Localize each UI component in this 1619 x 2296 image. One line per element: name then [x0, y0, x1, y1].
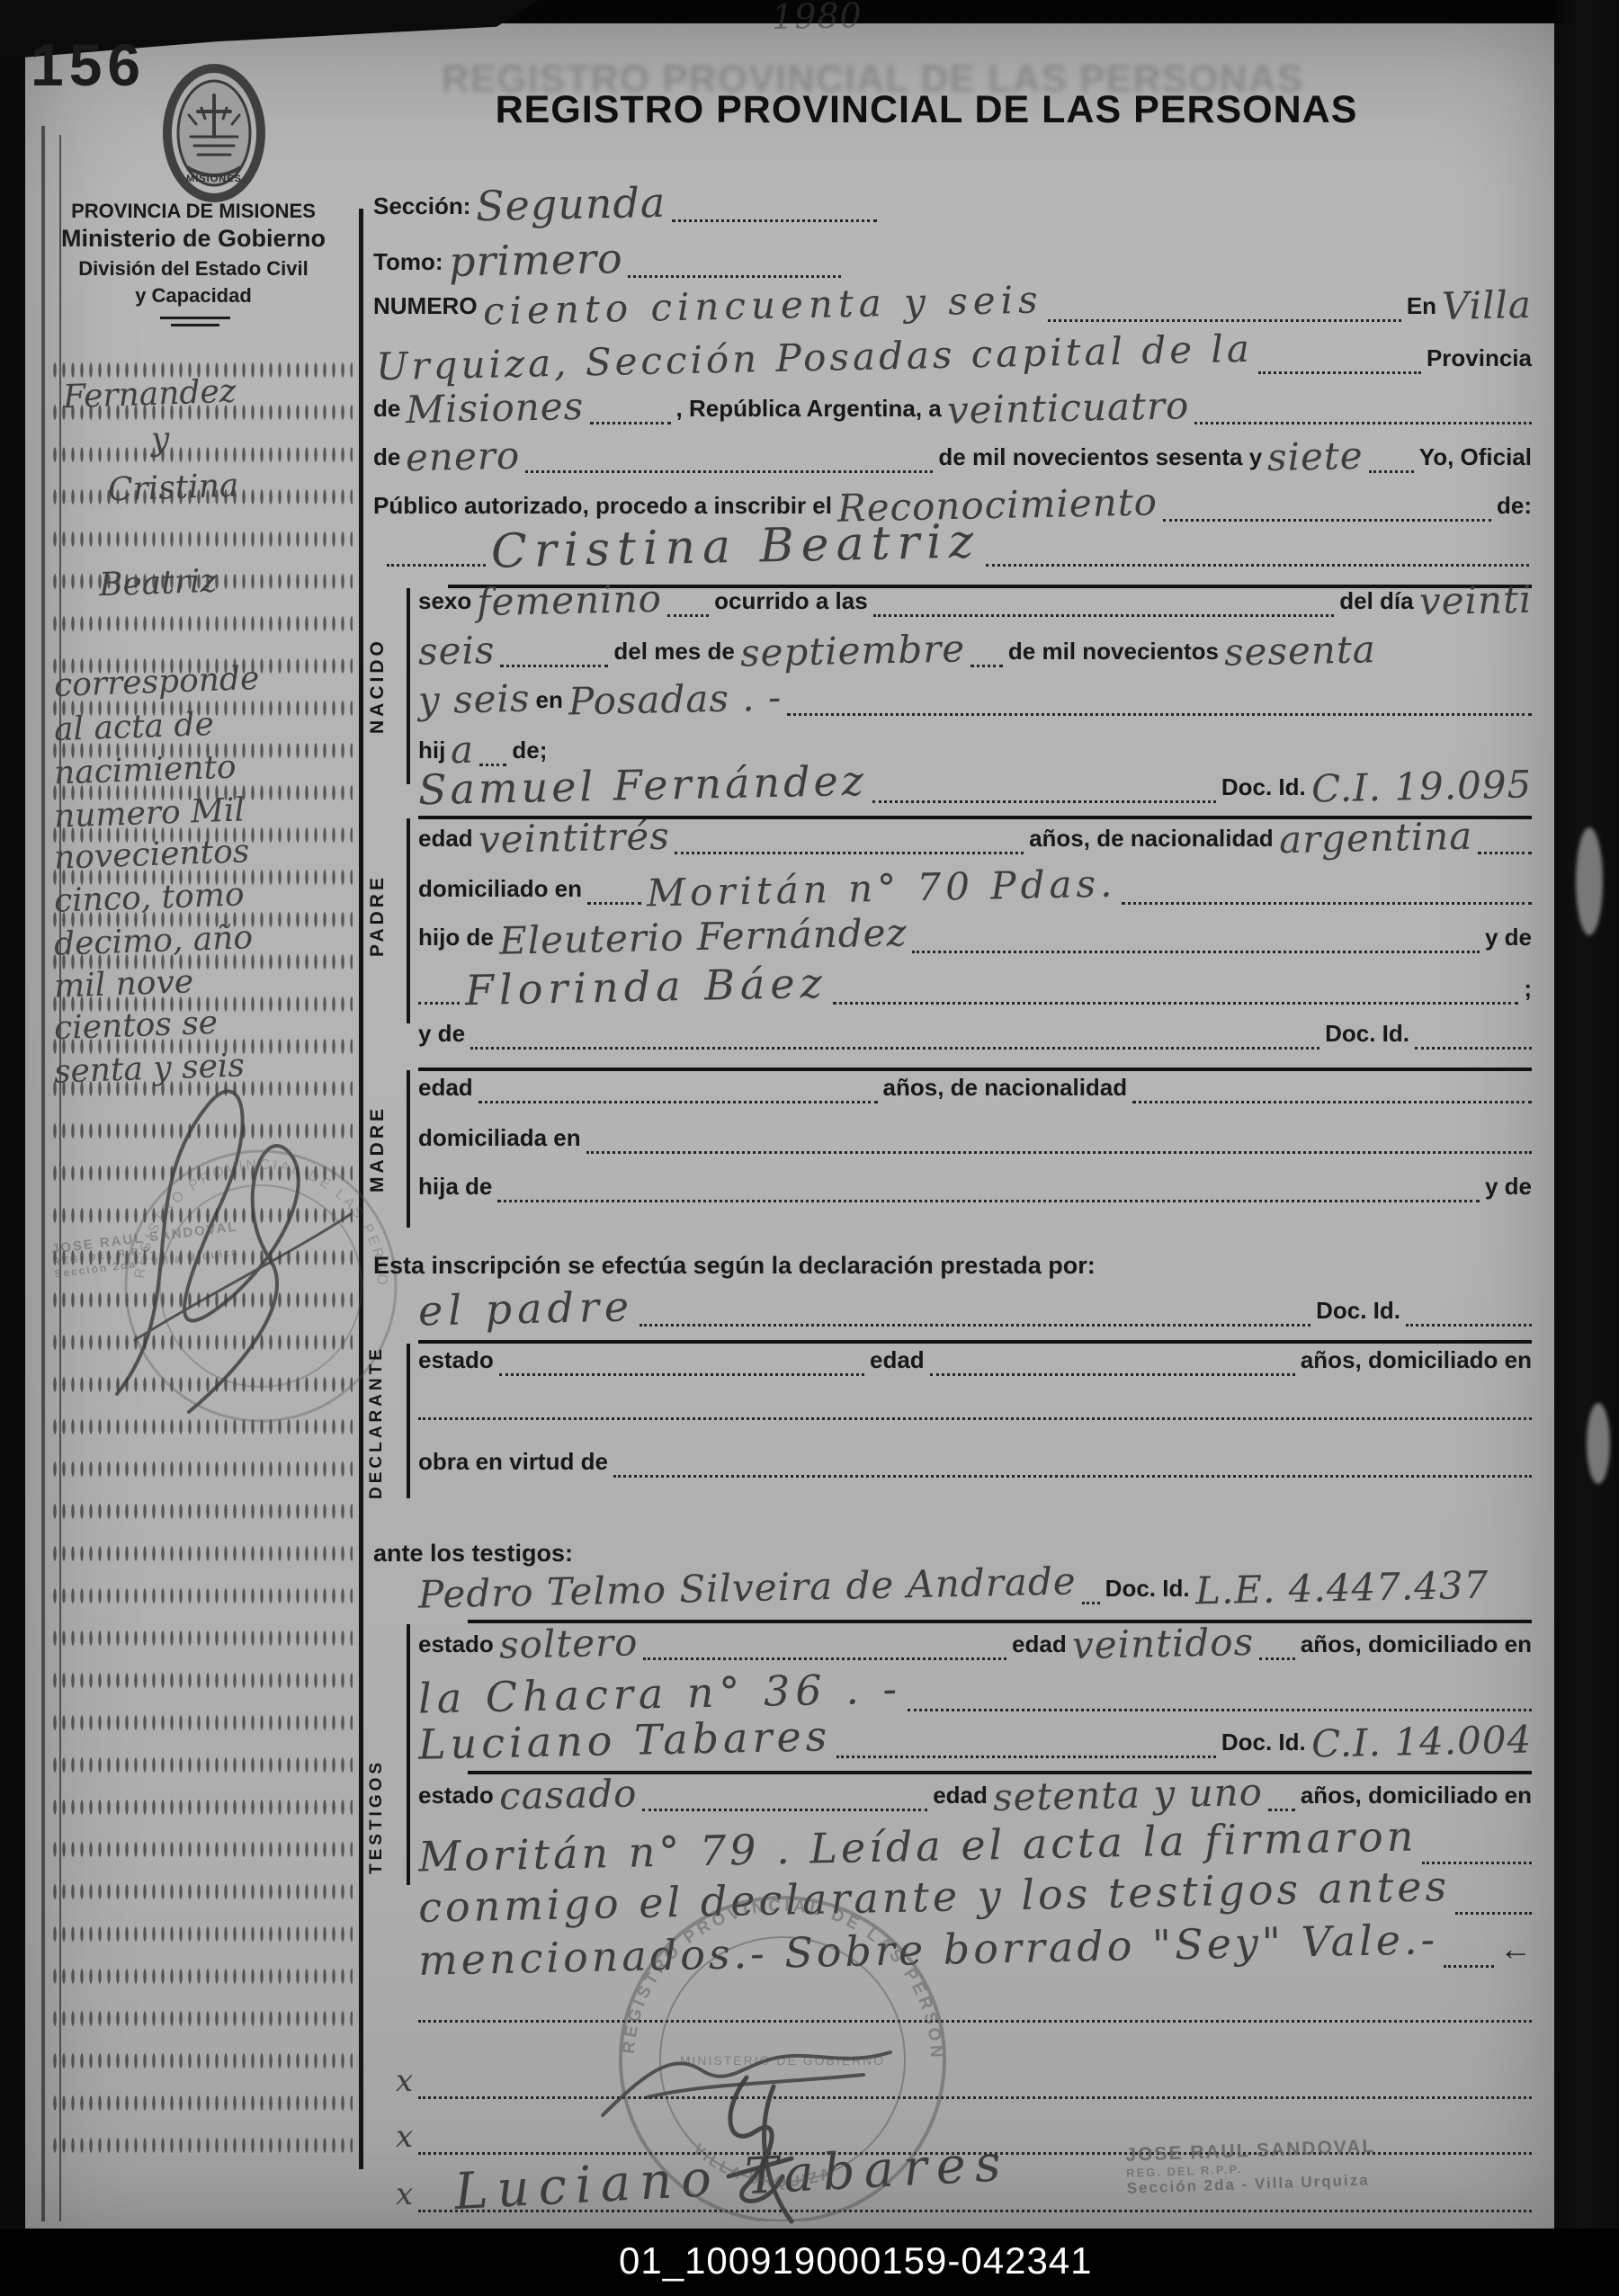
scan-reference-id: 01_100919000159-042341 [619, 2239, 1093, 2283]
madre-edad-row: edad años, de nacionalidad [418, 1074, 1532, 1103]
estado-label: estado [418, 1782, 494, 1811]
fill-line [525, 463, 933, 473]
obra-row: obra en virtud de [418, 1448, 1532, 1478]
testigo2-edad: setenta y uno [993, 1776, 1264, 1814]
tomo-label: Tomo: [373, 248, 443, 278]
fill-line [497, 1193, 1480, 1202]
fill-line [1415, 1040, 1532, 1050]
provincia-label: Provincia [1427, 344, 1532, 374]
fill-line [1478, 844, 1532, 854]
testigo1-doc: L.E. 4.447.437 [1194, 1569, 1489, 1608]
testigo1-name-row: Pedro Telmo Silveira de Andrade Doc. Id.… [418, 1572, 1532, 1604]
testigo1-edad: veintidos [1071, 1626, 1254, 1662]
padre-domicilio-row: domiciliado en Moritán n° 70 Pdas. [418, 872, 1532, 905]
mes-label: del mes de [613, 638, 734, 667]
domiciliado-label: domiciliado en [418, 875, 582, 905]
de-semicolon-label: de; [512, 737, 547, 766]
closing-row-1: Moritán n° 79 . Leída el acta la firmaro… [418, 1829, 1532, 1864]
fill-line [418, 1410, 1532, 1420]
numero-value: ciento cincuenta y seis [482, 283, 1042, 327]
round-stamp-registro: REGISTRO PROVINCIAL DE LAS PERSONAS VILL… [585, 1862, 980, 2221]
x-mark: x [396, 2063, 413, 2099]
fill-line [986, 557, 1529, 567]
margin-note: decimo, año [53, 919, 253, 963]
scanned-document: 156 1980 REGISTRO PROVINCIAL DE LAS PERS… [0, 0, 1619, 2296]
place-row: Urquiza, Sección Posadas capital de la P… [376, 342, 1532, 374]
fill-line [499, 1366, 864, 1376]
padre-nacionalidad: argentina [1278, 820, 1472, 856]
sidebar-ministry: Ministerio de Gobierno [36, 225, 351, 253]
correction-arrow: ← [1499, 1930, 1532, 1968]
margin-note: nacimiento [53, 748, 237, 791]
fill-line [667, 607, 709, 617]
fill-line [1444, 1958, 1494, 1968]
en-label: en [535, 686, 562, 716]
fill-line [833, 995, 1518, 1005]
document-title: REGISTRO PROVINCIAL DE LAS PERSONAS [360, 88, 1493, 132]
nacido-place-row: y seis en Posadas . - [418, 683, 1532, 716]
edad-label: edad [1012, 1630, 1067, 1660]
sidebar-division-line2: y Capacidad [36, 284, 351, 308]
nacido-month-row: seis del mes de septiembre de mil noveci… [418, 635, 1532, 667]
page-torn-edge [1554, 0, 1619, 2296]
section-label-padre: PADRE [367, 853, 389, 978]
sidebar-rule [171, 324, 219, 326]
margin-note: y [150, 421, 170, 459]
section-rule [407, 588, 410, 784]
hij-fill: a [451, 734, 475, 766]
stamp-arc-text: REGISTRO PROVINCIAL DE LAS PERSONAS [585, 1862, 945, 2061]
madre-abuelos-row: hija de y de [418, 1173, 1532, 1202]
registered-name: Cristina Beatriz [491, 522, 981, 572]
sexo-value: femenino [477, 583, 663, 619]
fill-line [1048, 312, 1401, 322]
fill-line [586, 1144, 1532, 1154]
margin-note: cinco, tomo [53, 876, 245, 919]
testigo2-estado: casado [498, 1777, 637, 1812]
obra-label: obra en virtud de [418, 1448, 608, 1478]
section-label-testigos: TESTIGOS [367, 1727, 387, 1907]
numero-row: NUMERO ciento cincuenta y seis En Villa [373, 290, 1532, 322]
abuelo-paterno: Eleuterio Fernández [498, 916, 907, 957]
page-number: 156 [31, 31, 146, 99]
pencil-annotation: 1980 [772, 1, 863, 31]
abuela-paterna: Florinda Báez [465, 966, 828, 1009]
registered-name-row: Cristina Beatriz [387, 527, 1529, 567]
x-mark: x [396, 2119, 413, 2155]
fill-line [1194, 415, 1532, 424]
de-label: de [373, 443, 400, 473]
blank-row [418, 1410, 1532, 1420]
padre-edad-row: edad veintitrés años, de nacionalidad ar… [418, 822, 1532, 854]
fill-line [1163, 512, 1491, 522]
declarante-row: el padre Doc. Id. [418, 1291, 1532, 1327]
edad-label: edad [933, 1782, 988, 1811]
testigo2-name-row: Luciano Tabares Doc. Id. C.I. 14.004 [418, 1723, 1532, 1758]
section-rule [407, 1624, 410, 1885]
margin-note: Cristina [107, 467, 239, 508]
margin-note: al acta de [53, 706, 214, 748]
testigo2-doc: C.I. 14.004 [1310, 1724, 1532, 1761]
padre-edad: veintitrés [478, 820, 669, 856]
republica-label: , República Argentina, a [676, 395, 942, 424]
doc-id-label: Doc. Id. [1221, 1729, 1306, 1758]
page-curl-highlight [1587, 1403, 1610, 1484]
y-de-label: y de [1485, 1173, 1532, 1202]
edad-label: edad [870, 1346, 925, 1376]
estado-label: estado [418, 1630, 494, 1660]
fill-line [1455, 1905, 1532, 1915]
semicolon: ; [1524, 975, 1532, 1005]
padre-name-row: Samuel Fernández Doc. Id. C.I. 19.095 [418, 768, 1532, 803]
fill-line [1406, 1317, 1532, 1327]
tomo-row: Tomo: primero [373, 243, 841, 278]
province-value: Misiones [406, 390, 585, 426]
section-label-declarante: DECLARANTE [367, 1315, 387, 1531]
fill-line [1082, 1595, 1100, 1604]
sidebar-rule [160, 317, 230, 319]
margin-note: Fernandez [62, 373, 237, 416]
year-label: de mil novecientos sesenta y [938, 443, 1262, 473]
padre-abuela-row: Florinda Báez ; [418, 969, 1532, 1005]
fill-line [836, 1748, 1216, 1758]
yo-oficial-label: Yo, Oficial [1419, 443, 1532, 473]
fill-line [643, 1650, 1006, 1660]
hijo-de-label: hijo de [418, 924, 494, 953]
tomo-value: primero [448, 241, 622, 280]
fill-line [873, 607, 1335, 617]
doc-id-label: Doc. Id. [1325, 1020, 1409, 1050]
madre-domicilio-row: domiciliada en [418, 1124, 1532, 1154]
fill-line [1258, 364, 1421, 374]
en-label: En [1407, 292, 1436, 322]
de-colon-label: de: [1497, 492, 1532, 522]
de-label: de [373, 395, 400, 424]
fill-line [1268, 1801, 1295, 1811]
margin-note: numero Mil [53, 791, 245, 835]
fill-line [1122, 895, 1532, 905]
declarante-value: el padre [418, 1289, 635, 1328]
section-heavy-rule [418, 1340, 1532, 1344]
hija-de-label: hija de [418, 1173, 492, 1202]
padre-name: Samuel Fernández [418, 764, 868, 809]
fill-line [1369, 463, 1414, 473]
fill-line [642, 1801, 927, 1811]
section-heavy-rule [418, 1068, 1532, 1071]
doc-id-label: Doc. Id. [1316, 1297, 1400, 1327]
hij-label: hij [418, 737, 445, 766]
month-value: enero [406, 440, 521, 474]
nacido-year-label: de mil novecientos [1008, 638, 1219, 667]
section-rule [407, 818, 410, 1023]
domiciliado-label: años, domiciliado en [1301, 1782, 1532, 1811]
section-label-nacido: NACIDO [367, 601, 389, 772]
padre-domicilio: Moritán n° 70 Pdas. [647, 868, 1117, 910]
fill-line [479, 1094, 878, 1103]
y-de-label: y de [1485, 924, 1532, 953]
inscription-label: Público autorizado, procedo a inscribir … [373, 492, 832, 522]
binding-line [41, 126, 45, 2221]
fill-line [872, 793, 1216, 803]
stamp-arc-text: VILLA URQUIZA [690, 2140, 836, 2191]
year-value: siete [1267, 440, 1364, 474]
testigo1-estado: soltero [498, 1626, 638, 1661]
section-label-madre: MADRE [367, 1086, 389, 1212]
testigo2-name: Luciano Tabares [418, 1719, 832, 1763]
testigo1-estado-row: estado soltero edad veintidos años, domi… [418, 1628, 1532, 1660]
nacionalidad-label: años, de nacionalidad [1029, 825, 1274, 854]
svg-text:VILLA URQUIZA: VILLA URQUIZA [690, 2140, 836, 2191]
domiciliada-label: domiciliada en [418, 1124, 581, 1154]
fill-line [500, 657, 608, 667]
birth-year-part1: sesenta [1224, 633, 1377, 668]
padre-doc: C.I. 19.095 [1310, 769, 1532, 806]
birth-month: septiembre [739, 632, 965, 669]
seccion-row: Sección: Segunda [373, 187, 877, 222]
fill-line [640, 1317, 1310, 1327]
doc-id-label: Doc. Id. [1221, 773, 1306, 803]
section-rule [407, 1344, 410, 1498]
birth-place: Posadas . - [568, 682, 782, 719]
birth-year-part2: y seis [418, 683, 531, 717]
fill-line [672, 212, 877, 222]
fill-line [912, 943, 1480, 953]
margin-note: novecientos [53, 833, 250, 877]
place-start: Villa [1442, 289, 1533, 323]
domiciliado-label: años, domiciliado en [1301, 1630, 1532, 1660]
padre-abuelo-row: hijo de Eleuterio Fernández y de [418, 921, 1532, 953]
sidebar-division-line1: División del Estado Civil [36, 257, 351, 281]
page-curl-highlight [1576, 827, 1603, 935]
margin-note: mil nove [53, 963, 193, 1005]
domiciliado-label: años, domiciliado en [1301, 1346, 1532, 1376]
ocurrido-label: ocurrido a las [714, 587, 868, 617]
fill-line [971, 657, 1003, 667]
fill-line [1132, 1094, 1532, 1103]
del-dia-label: del día [1339, 587, 1413, 617]
fill-line [787, 706, 1532, 716]
testigo1-name: Pedro Telmo Silveira de Andrade [418, 1565, 1077, 1611]
fill-line [590, 415, 671, 424]
estado-label: estado [418, 1346, 494, 1376]
margin-note: corresponde [53, 660, 260, 704]
official-stamp-text: JOSE RAUL SANDOVAL REG. DEL R.P.P. Secci… [1125, 2136, 1377, 2198]
fill-line [628, 268, 841, 278]
x-mark: x [396, 2176, 413, 2212]
fill-line [908, 1702, 1532, 1711]
fill-line [1259, 1650, 1295, 1660]
testigo2-estado-row: estado casado edad setenta y uno años, d… [418, 1779, 1532, 1811]
fill-line [930, 1366, 1295, 1376]
nacido-sexo-row: sexo femenino ocurrido a las del día vei… [418, 585, 1532, 617]
seccion-value: Segunda [476, 185, 666, 225]
testigos-intro: ante los testigos: [373, 1540, 573, 1569]
declaracion-intro: Esta inscripción se efectúa según la dec… [373, 1252, 1096, 1282]
section-rule [407, 1070, 410, 1228]
province-row: de Misiones , República Argentina, a vei… [373, 392, 1532, 424]
madre-name-row: y de Doc. Id. [418, 1020, 1532, 1050]
day-value: veinticuatro [946, 389, 1189, 426]
stamp-center-text: MINISTERIO DE GOBIERNO [680, 2053, 885, 2068]
margin-note: cientos se [53, 1005, 218, 1047]
nacionalidad-label: años, de nacionalidad [883, 1074, 1128, 1103]
fill-line [675, 844, 1024, 854]
fill-line [470, 1040, 1319, 1050]
fill-line [587, 895, 641, 905]
declarante-estado-row: estado edad años, domiciliado en [418, 1346, 1532, 1376]
day-word-part1: veinti [1418, 584, 1532, 618]
edad-label: edad [418, 1074, 473, 1103]
doc-id-label: Doc. Id. [1105, 1575, 1190, 1604]
fill-line [418, 995, 460, 1005]
y-de-label: y de [418, 1020, 465, 1050]
margin-note: Beatriz [98, 563, 218, 604]
testigo1-domicilio-row: la Chacra n° 36 . - [418, 1676, 1532, 1711]
sidebar-province: PROVINCIA DE MISIONES [36, 200, 351, 223]
day-word-part2: seis [418, 634, 496, 667]
testigo1-domicilio: la Chacra n° 36 . - [418, 1671, 903, 1716]
misiones-coat-of-arms: MISIONES [151, 59, 277, 208]
svg-text:MISIONES: MISIONES [186, 174, 242, 184]
numero-label: NUMERO [373, 292, 478, 322]
edad-label: edad [418, 825, 473, 854]
seccion-label: Sección: [373, 192, 470, 222]
svg-text:REGISTRO PROVINCIAL DE LAS PER: REGISTRO PROVINCIAL DE LAS PERSONAS [585, 1862, 945, 2061]
fill-line [387, 557, 486, 567]
fill-line [613, 1468, 1532, 1478]
sexo-label: sexo [418, 587, 471, 617]
month-row: de enero de mil novecientos sesenta y si… [373, 441, 1532, 473]
